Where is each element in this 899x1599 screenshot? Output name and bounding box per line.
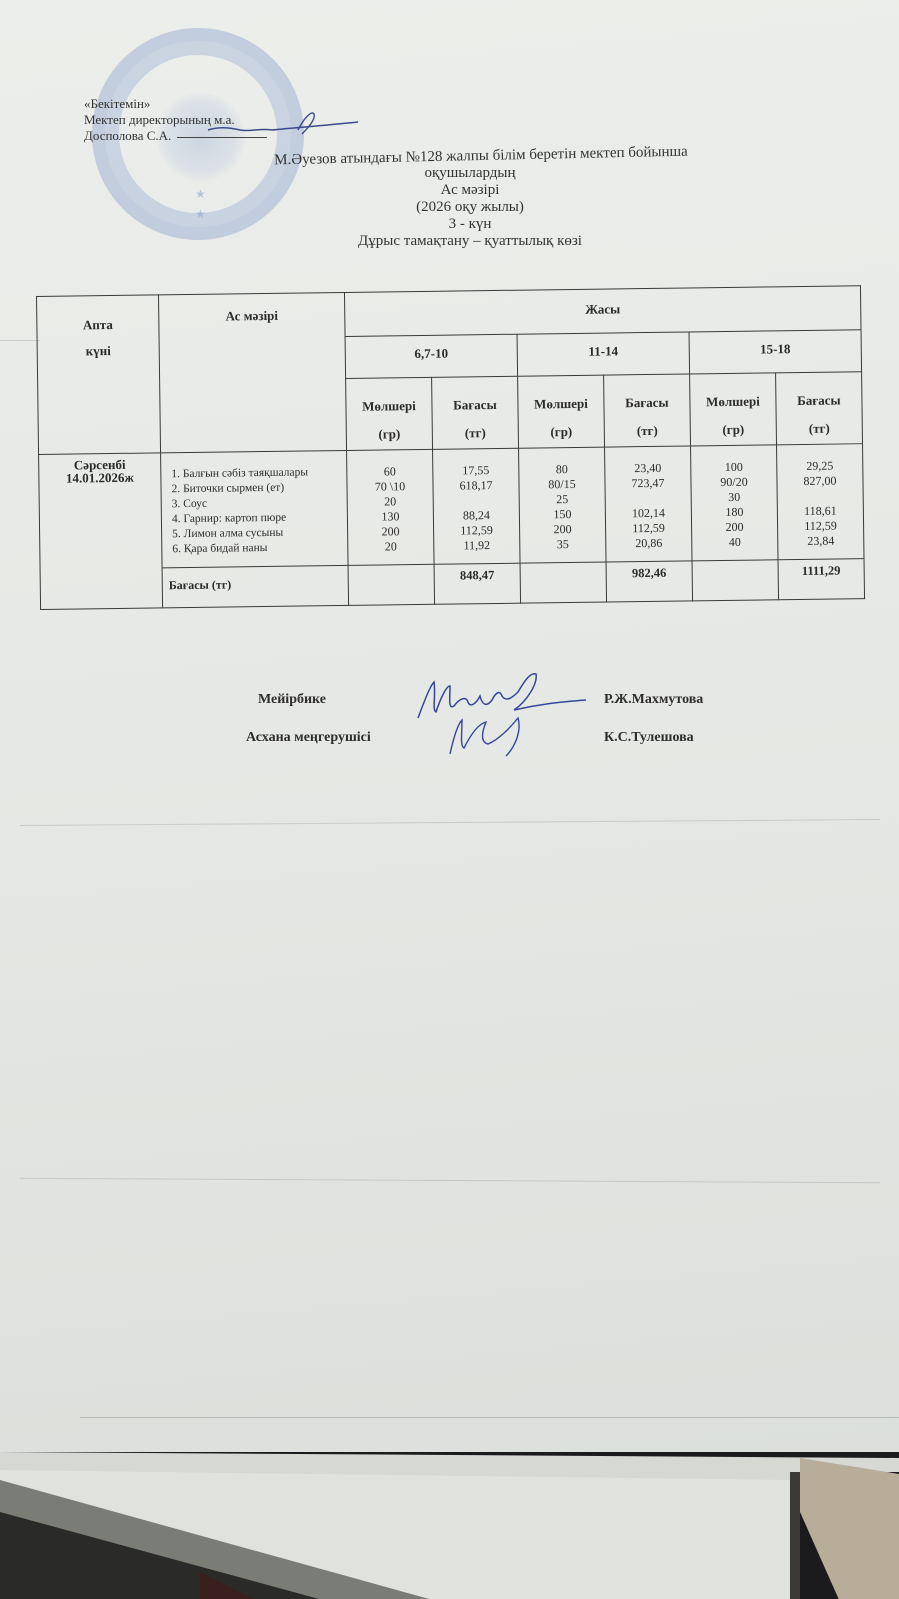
title-day: 3 - күн [220,216,720,233]
header-day: Апта күні [37,295,161,455]
header-group-6-10: 6,7-10 [345,334,518,378]
title-menu: Ас мәзірі [220,182,720,199]
day-cell: Сәрсенбі 14.01.2026ж [39,453,163,610]
total-15-18: 1111,29 [778,559,865,600]
header-menu: Ас мәзірі [158,292,346,452]
total-label: Бағасы (тг) [162,565,349,607]
title-year: (2026 оқу жылы) [220,199,720,216]
bleed-line [20,819,880,826]
stamp-star-icon: ★ [195,207,206,222]
header-group-11-14: 11-14 [517,332,690,376]
header-price: Бағасы(тг) [604,374,691,447]
bleed-line [20,1178,880,1184]
bleed-line [0,340,40,341]
header-price: Бағасы(тг) [776,372,863,445]
total-qty-empty [692,560,779,601]
role-nurse: Мейірбике [258,692,326,708]
director-signature [180,108,360,148]
total-6-10: 848,47 [434,563,521,604]
price-col-6-10: 17,55618,1788,24112,5911,92 [433,448,520,564]
header-age: Жасы [344,286,861,337]
qty-col-6-10: 6070 \102013020020 [347,449,434,565]
menu-table: Апта күні Ас мәзірі Жасы 6,7-10 11-14 15… [36,285,865,610]
qty-col-11-14: 8080/152515020035 [519,447,606,563]
title-slogan: Дұрыс тамақтану – қуаттылық көзі [220,233,720,250]
document-title: М.Әуезов атындағы №128 жалпы білім берет… [220,148,720,250]
dish-list: 1. Балғын сәбіз таяқшалары2. Биточки сыр… [161,450,348,567]
header-group-15-18: 15-18 [689,330,862,374]
price-col-15-18: 29,25827,00118,61112,5923,84 [777,444,864,560]
role-canteen-head: Асхана меңгерушісі [246,730,371,746]
desk-edge [0,1452,899,1599]
total-qty-empty [520,562,607,603]
total-qty-empty [348,564,435,605]
bleed-line [80,1417,899,1418]
stamp-star-icon: ★ [195,187,206,202]
name-nurse: Р.Ж.Махмутова [604,692,703,708]
approval-name: Досполова С.А. [84,128,171,143]
header-qty: Мөлшері(гр) [346,377,433,450]
qty-col-15-18: 10090/203018020040 [691,445,778,561]
header-qty: Мөлшері(гр) [690,373,777,446]
table-row: Сәрсенбі 14.01.2026ж 1. Балғын сәбіз тая… [39,444,864,570]
total-11-14: 982,46 [606,561,693,602]
header-price: Бағасы(тг) [432,376,519,449]
handwritten-signatures [410,662,590,762]
name-canteen-head: К.С.Тулешова [604,730,694,746]
header-qty: Мөлшері(гр) [518,375,605,448]
price-col-11-14: 23,40723,47102,14112,5920,86 [605,446,692,562]
